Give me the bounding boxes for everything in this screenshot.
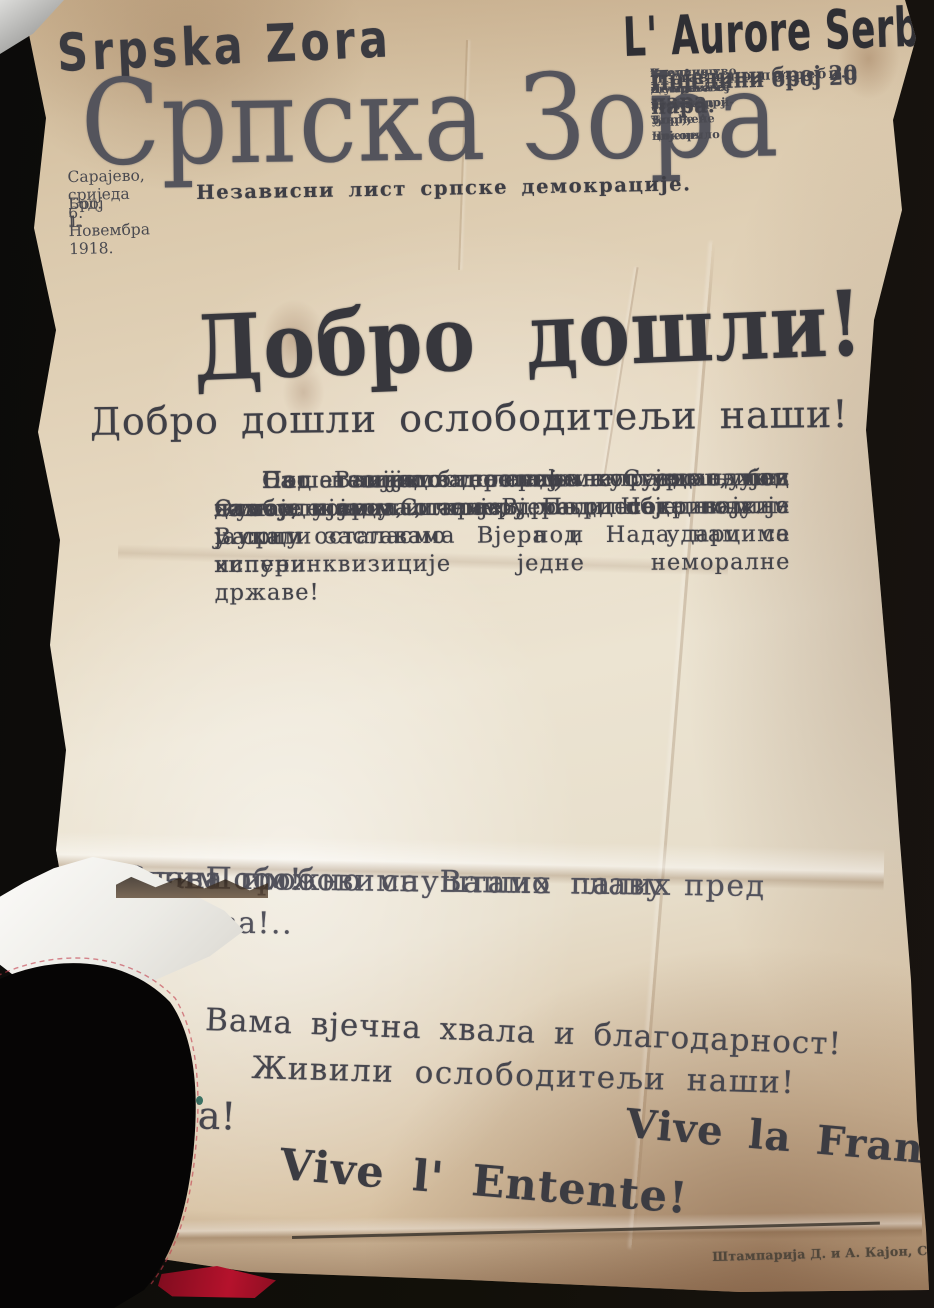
headline: Добро дошли! bbox=[192, 276, 729, 402]
subheadline: Добро дошли ослободитељи наши! bbox=[90, 392, 824, 444]
tribute-block: Побожно спуштамо главу пред сви- јетлим … bbox=[106, 856, 796, 866]
photo-of-newspaper: Srpska Zora L' Aurore Serbe Српска Зора … bbox=[0, 0, 934, 1308]
volume-year: Год. I. bbox=[68, 194, 105, 231]
dark-object-silhouette bbox=[0, 948, 224, 1308]
dateline-row: Број 1. Сарајево, сриједа 6. Новембра 19… bbox=[28, 198, 105, 227]
article-body: Пет вијекова стењали смо под Османлијом … bbox=[214, 465, 790, 468]
vive-entente-line: Vive l' Entente! bbox=[278, 1140, 690, 1224]
vive-france-line: Vive la France! bbox=[624, 1100, 934, 1179]
imprint-rule bbox=[292, 1222, 880, 1239]
dark-object-shape bbox=[0, 963, 196, 1308]
green-speck bbox=[196, 1096, 203, 1105]
price-line-bottom: Поједини број 20 пара. bbox=[650, 63, 925, 119]
long-live-line: Живили ослободитељи наши! bbox=[251, 1050, 796, 1101]
paragraph: Са Вашим доласком Сунце нам Слободе срца… bbox=[214, 465, 791, 580]
printer-imprint: Штампарија Д. и А. Кајон, Сарајево. bbox=[712, 1241, 934, 1264]
